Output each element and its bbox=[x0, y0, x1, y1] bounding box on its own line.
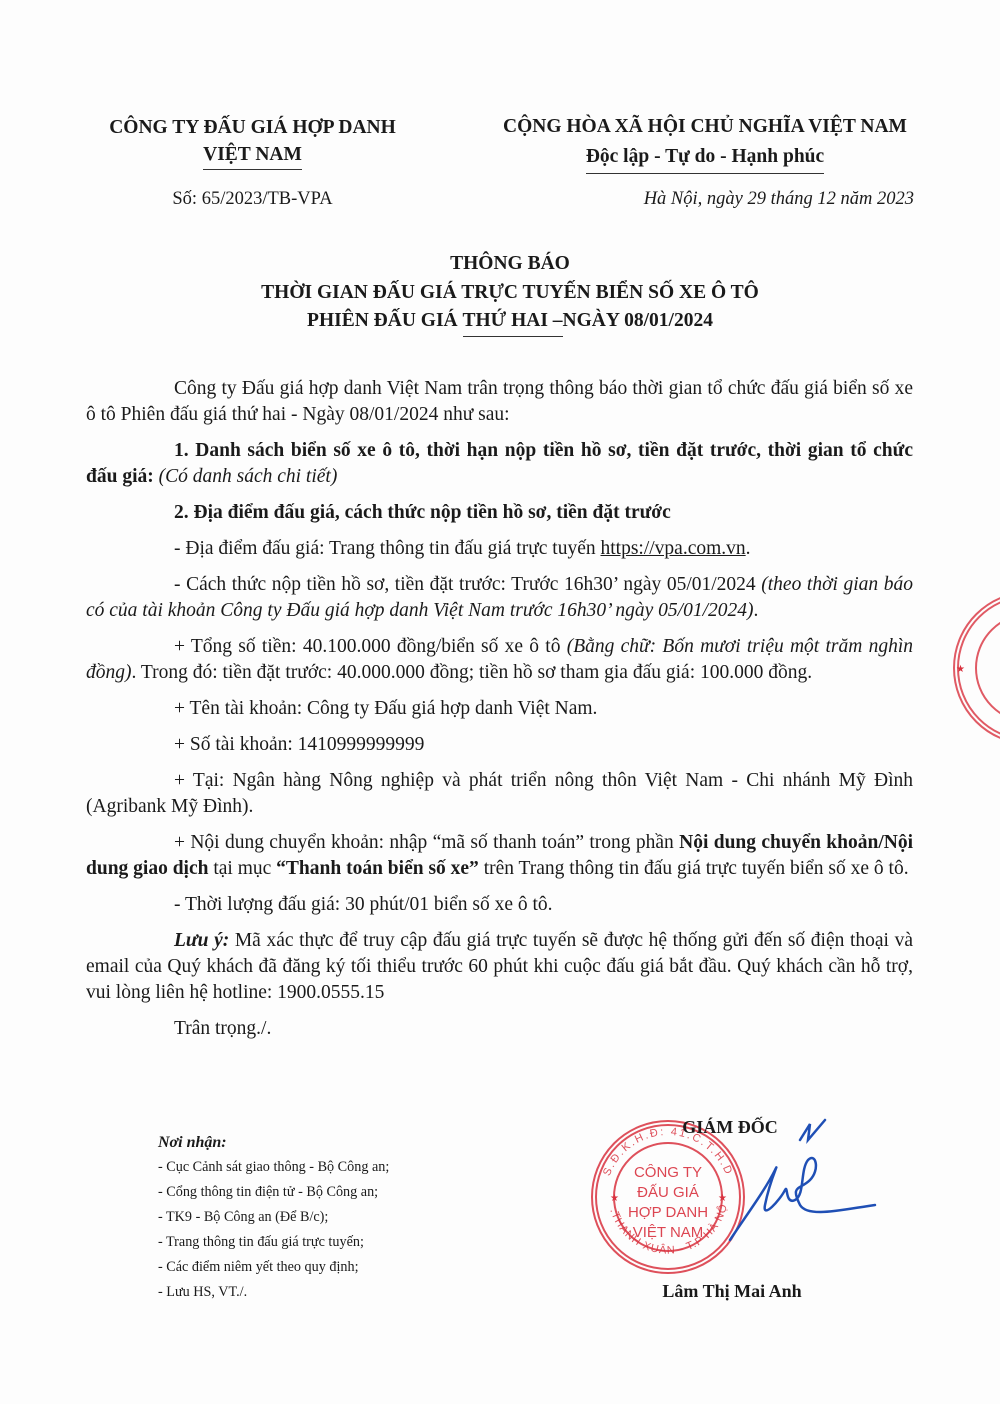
note-paragraph: Lưu ý: Mã xác thực để truy cập đấu giá t… bbox=[86, 928, 913, 1006]
recipient-item: - TK9 - Bộ Công an (Để B/c); bbox=[158, 1205, 488, 1230]
account-name: + Tên tài khoản: Công ty Đấu giá hợp dan… bbox=[86, 696, 913, 722]
transfer-text-e: trên Trang thông tin đấu giá trực tuyến … bbox=[479, 858, 909, 879]
note-label: Lưu ý: bbox=[174, 930, 229, 951]
title-line3-underlined: THỨ HAI – bbox=[463, 307, 563, 337]
title-line3: PHIÊN ĐẤU GIÁ THỨ HAI – NGÀY 08/01/2024 bbox=[80, 307, 940, 337]
recipient-item: - Các điểm niêm yết theo quy định; bbox=[158, 1255, 488, 1280]
recipient-item: - Cục Cảnh sát giao thông - Bộ Công an; bbox=[158, 1155, 488, 1180]
section-1-note: (Có danh sách chi tiết) bbox=[154, 466, 338, 487]
transfer-text-a: + Nội dung chuyển khoản: nhập “mã số tha… bbox=[174, 832, 679, 853]
document-number: Số: 65/2023/TB-VPA bbox=[80, 189, 425, 210]
payment-paragraph: - Cách thức nộp tiền hồ sơ, tiền đặt trư… bbox=[86, 572, 913, 624]
payment-end: . bbox=[753, 600, 758, 621]
recipients-block: Nơi nhận: - Cục Cảnh sát giao thông - Bộ… bbox=[158, 1130, 488, 1305]
edge-stamp-icon: ★ bbox=[950, 588, 1000, 748]
svg-text:★: ★ bbox=[610, 1193, 619, 1204]
account-number: + Số tài khoản: 1410999999999 bbox=[86, 732, 913, 758]
total-text: + Tổng số tiền: 40.100.000 đồng/biển số … bbox=[174, 636, 567, 657]
bank-paragraph: + Tại: Ngân hàng Nông nghiệp và phát tri… bbox=[86, 768, 913, 820]
total-paragraph: + Tổng số tiền: 40.100.000 đồng/biển số … bbox=[86, 634, 913, 686]
org-name-line2: VIỆT NAM bbox=[203, 141, 302, 170]
signatory-name: Lâm Thị Mai Anh bbox=[612, 1281, 852, 1302]
location-text: - Địa điểm đấu giá: Trang thông tin đấu … bbox=[174, 538, 601, 559]
duration-paragraph: - Thời lượng đấu giá: 30 phút/01 biển số… bbox=[86, 892, 913, 918]
recipients-label: Nơi nhận: bbox=[158, 1130, 488, 1155]
place-date: Hà Nội, ngày 29 tháng 12 năm 2023 bbox=[470, 189, 914, 210]
national-header: CỘNG HÒA XÃ HỘI CHỦ NGHĨA VIỆT NAM Độc l… bbox=[470, 112, 940, 174]
national-motto: Độc lập - Tự do - Hạnh phúc bbox=[586, 142, 824, 174]
closing: Trân trọng./. bbox=[86, 1016, 913, 1042]
title-line3-suffix: NGÀY 08/01/2024 bbox=[563, 310, 713, 331]
payment-text: - Cách thức nộp tiền hồ sơ, tiền đặt trư… bbox=[174, 574, 761, 595]
document-body: Công ty Đấu giá hợp danh Việt Nam trân t… bbox=[86, 376, 913, 1052]
section-2-heading: 2. Địa điểm đấu giá, cách thức nộp tiền … bbox=[86, 500, 913, 526]
org-name-line1: CÔNG TY ĐẤU GIÁ HỢP DANH bbox=[80, 114, 425, 141]
section-1: 1. Danh sách biển số xe ô tô, thời hạn n… bbox=[86, 438, 913, 490]
title-line1: THÔNG BÁO bbox=[80, 250, 940, 279]
handwritten-signature-icon bbox=[690, 1110, 880, 1250]
nation-name: CỘNG HÒA XÃ HỘI CHỦ NGHĨA VIỆT NAM bbox=[470, 112, 940, 142]
svg-text:★: ★ bbox=[956, 664, 965, 675]
intro-paragraph: Công ty Đấu giá hợp danh Việt Nam trân t… bbox=[86, 376, 913, 428]
location-paragraph: - Địa điểm đấu giá: Trang thông tin đấu … bbox=[86, 536, 913, 562]
recipient-item: - Trang thông tin đấu giá trực tuyến; bbox=[158, 1230, 488, 1255]
location-end: . bbox=[746, 538, 751, 559]
recipient-item: - Cổng thông tin điện tử - Bộ Công an; bbox=[158, 1180, 488, 1205]
auction-website-link[interactable]: https://vpa.com.vn bbox=[601, 538, 746, 559]
document-title: THÔNG BÁO THỜI GIAN ĐẤU GIÁ TRỰC TUYẾN B… bbox=[80, 250, 940, 337]
recipient-item: - Lưu HS, VT./. bbox=[158, 1280, 488, 1305]
title-line2: THỜI GIAN ĐẤU GIÁ TRỰC TUYẾN BIỂN SỐ XE … bbox=[80, 279, 940, 308]
org-header: CÔNG TY ĐẤU GIÁ HỢP DANH VIỆT NAM bbox=[80, 114, 425, 170]
title-line3-prefix: PHIÊN ĐẤU GIÁ bbox=[307, 310, 462, 331]
total-breakdown: . Trong đó: tiền đặt trước: 40.000.000 đ… bbox=[132, 662, 813, 683]
transfer-paragraph: + Nội dung chuyển khoản: nhập “mã số tha… bbox=[86, 830, 913, 882]
transfer-text-c: tại mục bbox=[208, 858, 276, 879]
transfer-section-name: “Thanh toán biển số xe” bbox=[276, 858, 479, 879]
